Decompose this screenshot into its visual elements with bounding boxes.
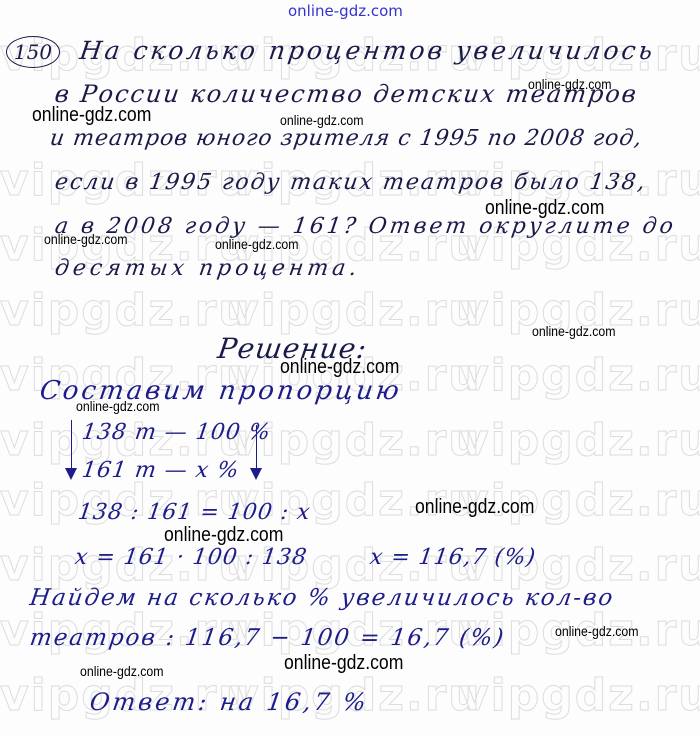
watermark: online-gdz.com xyxy=(532,323,616,339)
background-watermark: vipgdz.ru xyxy=(460,350,700,401)
watermark: online-gdz.com xyxy=(44,231,128,247)
watermark: online-gdz.com xyxy=(528,76,612,92)
equation-proportion: 138 : 161 = 100 : x xyxy=(76,500,312,525)
watermark: online-gdz.com xyxy=(485,197,604,220)
watermark: online-gdz.com xyxy=(80,663,164,679)
problem-number: 150 xyxy=(14,40,52,64)
equation-result: x = 116,7 (%) xyxy=(368,545,537,570)
watermark: online-gdz.com xyxy=(284,652,403,675)
background-watermark: vipgdz.ru xyxy=(460,415,700,466)
answer-line: Ответ: на 16,7 % xyxy=(88,688,371,716)
problem-number-badge: 150 xyxy=(6,36,60,68)
watermark: online-gdz.com xyxy=(164,524,283,547)
equation-solve-x: x = 161 · 100 : 138 xyxy=(73,545,309,570)
problem-line-6: десятых процента. xyxy=(53,256,362,281)
problem-line-3: и театров юного зрителя с 1995 по 2008 г… xyxy=(48,126,644,151)
arrow-left-line xyxy=(71,420,72,470)
watermark: online-gdz.com xyxy=(280,112,364,128)
watermark: online-gdz.com xyxy=(32,104,151,127)
proportion-row-1: 138 т — 100 % xyxy=(80,420,272,445)
background-watermark: vipgdz.ru xyxy=(0,285,252,336)
arrow-right-line xyxy=(256,425,257,470)
step2-line-2: театров : 116,7 − 100 = 16,7 (%) xyxy=(28,625,507,651)
problem-line-1: На сколько процентов увеличилось xyxy=(78,36,657,65)
step2-line-1: Найдем на сколько % увеличилось кол-во xyxy=(28,585,616,611)
watermark: online-gdz.com xyxy=(76,398,160,414)
watermark: online-gdz.com xyxy=(415,496,534,519)
arrow-up-icon xyxy=(250,468,262,480)
top-watermark: online-gdz.com xyxy=(288,2,403,20)
background-watermark: vipgdz.ru xyxy=(460,670,700,721)
watermark: online-gdz.com xyxy=(555,623,639,639)
proportion-row-2: 161 т — x % xyxy=(80,458,241,483)
arrow-down-icon xyxy=(65,468,77,480)
scanned-page: vipgdz.ru vipgdz.ru vipgdz.ru vipgdz.ru … xyxy=(0,0,700,736)
background-watermark: vipgdz.ru xyxy=(230,285,482,336)
watermark: online-gdz.com xyxy=(280,356,399,379)
problem-line-4: если в 1995 году таких театров было 138, xyxy=(53,170,648,195)
watermark: online-gdz.com xyxy=(215,236,299,252)
